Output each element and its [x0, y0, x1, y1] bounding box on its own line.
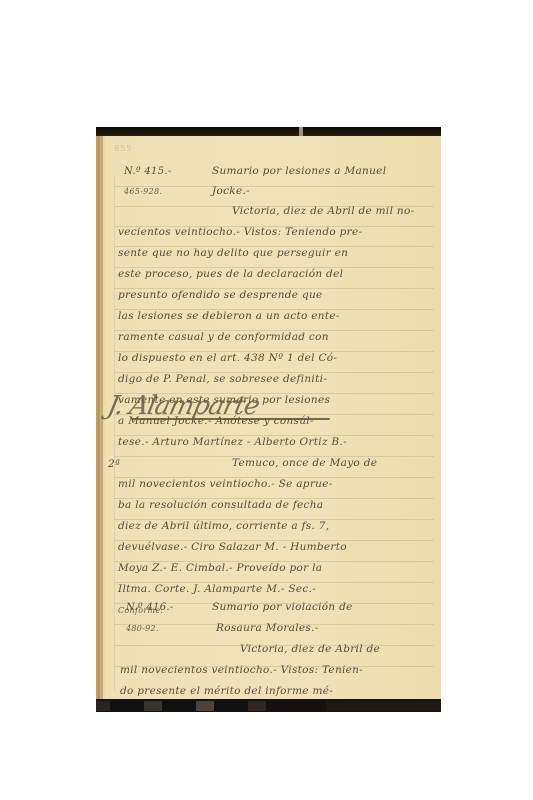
color-swatch [110, 701, 144, 711]
color-swatch [96, 701, 110, 711]
margin-line [114, 176, 115, 691]
binding-edge [101, 136, 103, 699]
body-line: digo de P. Penal, se sobresee definiti- [118, 373, 327, 385]
body-line: este proceso, pues de la declaración del [118, 268, 343, 280]
signature: J. Alamparte [105, 391, 262, 421]
margin-note: 2ª [108, 458, 120, 470]
body-line: lo dispuesto en el art. 438 Nº 1 del Có- [118, 352, 337, 364]
color-swatch [144, 701, 162, 711]
signature-underline [132, 418, 330, 420]
body-line: Victoria, diez de Abril de [240, 643, 380, 655]
book-edge-notch [299, 127, 303, 136]
color-swatch [196, 701, 214, 711]
entry-number: N.º 415.- [124, 166, 172, 177]
color-swatch [326, 701, 441, 711]
entry-reference: 465-928. [124, 187, 162, 196]
color-swatch [214, 701, 248, 711]
body-line: vecientos veintiocho.- Vistos: Teniendo … [118, 226, 362, 238]
body-line: tese.- Arturo Martínez - Alberto Ortiz B… [118, 436, 347, 448]
body-line: ba la resolución consultada de fecha [118, 499, 323, 511]
entry-title-cont: Jocke.- [212, 185, 250, 197]
entry-title-cont: Rosaura Morales.- [216, 622, 319, 634]
page-stamp: 655 [114, 144, 132, 153]
body-line: mil novecientos veintiocho.- Vistos: Ten… [120, 664, 363, 676]
entry-reference: 480-92. [126, 624, 159, 633]
entry-number: N.º 416.- [126, 602, 174, 613]
body-line: mil novecientos veintiocho.- Se aprue- [118, 478, 333, 490]
color-swatch [248, 701, 266, 711]
body-line: do presente el mérito del informe mé- [120, 685, 333, 697]
body-line: Iltma. Corte. J. Alamparte M.- Sec.- [118, 583, 316, 595]
body-line: ramente casual y de conformidad con [118, 331, 329, 343]
body-line: devuélvase.- Ciro Salazar M. - Humberto [118, 541, 347, 553]
body-line: sente que no hay delito que perseguir en [118, 247, 348, 259]
body-line: Moya Z.- E. Cimbal.- Proveído por la [118, 562, 322, 574]
body-line: Victoria, diez de Abril de mil no- [232, 205, 414, 217]
body-line: presunto ofendido se desprende que [118, 289, 323, 301]
color-swatch [162, 701, 196, 711]
entry-title: Sumario por violación de [212, 601, 353, 613]
body-line: las lesiones se debieron a un acto ente- [118, 310, 340, 322]
body-line: diez de Abril último, corriente a fs. 7, [118, 520, 329, 532]
color-swatch [266, 701, 326, 711]
entry-title: Sumario por lesiones a Manuel [212, 165, 386, 177]
scan-color-calibration-bar [96, 699, 441, 712]
body-line: Temuco, once de Mayo de [232, 457, 377, 469]
